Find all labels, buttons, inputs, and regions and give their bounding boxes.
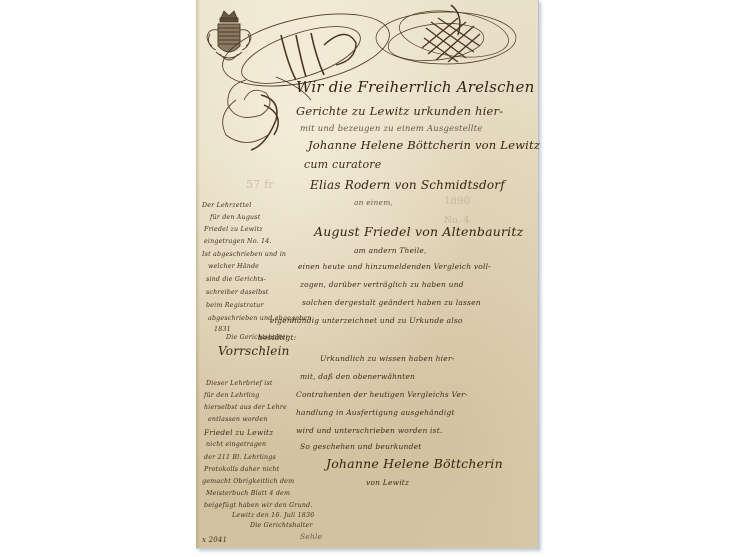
margin-note-line: für den Lehrling bbox=[204, 392, 260, 399]
header-line-2: Gerichte zu Lewitz urkunden hier- bbox=[296, 104, 503, 118]
calligraphic-flourish-right bbox=[366, 0, 531, 80]
body-line-5: solchen dergestalt geändert haben zu las… bbox=[302, 298, 481, 307]
signatory-place: von Lewitz bbox=[366, 478, 409, 487]
margin-note-line: für den August bbox=[210, 214, 260, 221]
body-line-3: einen heute und hinzumeldenden Vergleich… bbox=[298, 262, 491, 271]
curator-name: Elias Rodern von Schmidtsdorf bbox=[310, 178, 505, 192]
an-einem-line: an einem, bbox=[354, 198, 393, 207]
body-line-4: zogen, darüber verträglich zu haben und bbox=[300, 280, 464, 289]
margin-note-line: Meisterbuch Blatt 4 dem bbox=[206, 490, 290, 497]
body-line-9: mit, daß den obenerwähnten bbox=[300, 372, 415, 381]
faint-stamp-2: 1890 bbox=[444, 196, 470, 207]
cum-curatore-line: cum curatore bbox=[304, 158, 381, 171]
margin-note-line: entlassen worden bbox=[208, 416, 268, 423]
margin-note-line: gemacht Obrigkeitlich dem bbox=[202, 478, 294, 485]
body-line-8: Urkundlich zu wissen haben hier- bbox=[320, 354, 454, 363]
signatory-name: Johanne Helene Böttcherin bbox=[326, 456, 503, 471]
corner-reference-number: x 2041 bbox=[202, 536, 227, 544]
margin-note-line: Der Lehrzettel bbox=[202, 202, 251, 209]
margin-signature: Vorrschlein bbox=[218, 344, 290, 358]
faint-stamp-1: 57 fr bbox=[246, 178, 274, 191]
margin-note-line: schreiber daselbst bbox=[206, 289, 268, 296]
margin-note-line: Dieser Lehrbrief ist bbox=[206, 380, 273, 387]
margin-note-line: eingetragen No. 14. bbox=[204, 238, 272, 245]
page-edge-shadow bbox=[196, 0, 200, 548]
margin-note-line: der 211 Bl. Lehrlings bbox=[204, 454, 276, 461]
header-line-3: mit und bezeugen zu einem Ausgestellte bbox=[300, 124, 483, 134]
header-line-1: Wir die Freiherrlich Arelschen bbox=[296, 78, 534, 96]
margin-note-line: Protokolls daher nicht bbox=[204, 466, 279, 473]
margin-note-line: abgeschrieben und abgegeben bbox=[208, 315, 312, 322]
body-line-2: am andern Theile, bbox=[354, 246, 427, 255]
margin-note-line: beigefügt haben wir den Grund. bbox=[204, 502, 313, 509]
margin-note-year: 1831 bbox=[214, 326, 231, 333]
margin-note-line: nicht eingetragen bbox=[206, 441, 266, 448]
margin-note-line: Ist abgeschrieben und in bbox=[202, 251, 286, 258]
margin-note-date: Lewitz den 16. Juli 1836 bbox=[232, 512, 314, 519]
margin-note-line: sind die Gerichts- bbox=[206, 276, 266, 283]
party-1-name: Johanne Helene Böttcherin von Lewitz bbox=[308, 138, 540, 152]
body-line-12: wird und unterschrieben worden ist. bbox=[296, 426, 443, 435]
margin-note-line: Die Gerichtshalter bbox=[250, 522, 313, 529]
document-page: Wir die Freiherrlich Arelschen Gerichte … bbox=[196, 0, 539, 549]
margin-note-line: beim Registratur bbox=[206, 302, 264, 309]
margin-note-line: hierselbst aus der Lehre bbox=[204, 404, 287, 411]
body-line-11: handlung in Ausfertigung ausgehändigt bbox=[296, 408, 455, 417]
margin-note-line: Friedel zu Lewitz bbox=[204, 428, 273, 437]
margin-note-line: Die Gerichtshalter bbox=[226, 334, 289, 341]
party-2-name: August Friedel von Altenbauritz bbox=[314, 224, 523, 239]
margin-note-line: Friedel zu Lewitz bbox=[204, 226, 263, 233]
body-line-10: Contrahenten der heutigen Vergleichs Ver… bbox=[296, 390, 468, 399]
margin-note-line: welcher Hände bbox=[208, 263, 259, 270]
bottom-signature: Sehle bbox=[300, 532, 322, 541]
body-line-13: So geschehen und beurkundet bbox=[300, 442, 421, 451]
